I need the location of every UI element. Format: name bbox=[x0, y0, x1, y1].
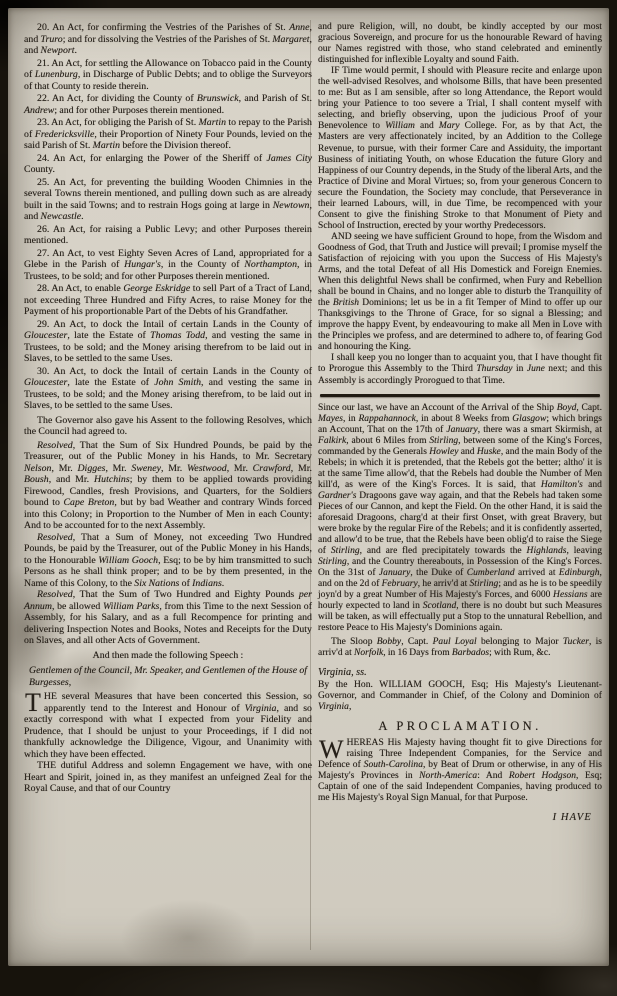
act-text-block: 20. An Act, for confirming the Vestries … bbox=[24, 22, 312, 57]
dropcap-text-block: WHEREAS His Majesty having thought fit t… bbox=[318, 738, 602, 804]
scanned-newspaper-photograph: 20. An Act, for confirming the Vestries … bbox=[0, 0, 617, 996]
flush-text-block: and pure Religion, will, no doubt, be ki… bbox=[318, 22, 602, 66]
para-text-block: THE dutiful Address and solemn Engagemen… bbox=[24, 760, 312, 795]
para-text-block: Resolved, That the Sum of Six Hundred Po… bbox=[24, 440, 312, 532]
catchword-text-block: I HAVE bbox=[318, 812, 602, 823]
right-text-column: and pure Religion, will, no doubt, be ki… bbox=[318, 22, 602, 823]
para-text-block: The Sloop Bobby, Capt. Paul Loyal belong… bbox=[318, 637, 602, 659]
label-text-block: Virginia, ss. bbox=[318, 667, 602, 678]
act-text-block: 27. An Act, to vest Eighty Seven Acres o… bbox=[24, 248, 312, 283]
para-text-block: The Governor also gave his Assent to the… bbox=[24, 415, 312, 438]
act-text-block: 26. An Act, for raising a Public Levy; a… bbox=[24, 224, 312, 247]
act-text-block: 22. An Act, for dividing the County of B… bbox=[24, 93, 312, 116]
act-text-block: 28. An Act, to enable George Eskridge to… bbox=[24, 283, 312, 318]
act-text-block: 30. An Act, to dock the Intail of certai… bbox=[24, 366, 312, 412]
salutation-text-block: Gentlemen of the Council, Mr. Speaker, a… bbox=[24, 665, 312, 688]
para-text-block: IF Time would permit, I should with Plea… bbox=[318, 66, 602, 232]
act-text-block: 29. An Act, to dock the Intail of certai… bbox=[24, 319, 312, 365]
drop-cap-letter: W bbox=[318, 738, 347, 760]
para-text-block: I shall keep you no longer than to acqua… bbox=[318, 353, 602, 386]
heading-text-block: A PROCLAMATION. bbox=[318, 721, 602, 732]
left-text-column: 20. An Act, for confirming the Vestries … bbox=[24, 22, 312, 795]
newspaper-page: 20. An Act, for confirming the Vestries … bbox=[8, 8, 609, 966]
para-text-block: AND seeing we have sufficient Ground to … bbox=[318, 232, 602, 354]
flush-text-block: Since our last, we have an Account of th… bbox=[318, 403, 602, 635]
center-text-block: And then made the following Speech : bbox=[24, 650, 312, 662]
act-text-block: 21. An Act, for settling the Allowance o… bbox=[24, 58, 312, 93]
act-text-block: 24. An Act, for enlarging the Power of t… bbox=[24, 153, 312, 176]
act-text-block: 23. An Act, for obliging the Parish of S… bbox=[24, 117, 312, 152]
drop-cap-letter: T bbox=[24, 691, 44, 713]
dropcap-text-block: THE several Measures that have been conc… bbox=[24, 691, 312, 760]
act-text-block: 25. An Act, for preventing the building … bbox=[24, 177, 312, 223]
section-divider-rule bbox=[320, 394, 600, 397]
para-text-block: Resolved, That the Sum of Two Hundred an… bbox=[24, 589, 312, 647]
flush-text-block: By the Hon. WILLIAM GOOCH, Esq; His Maje… bbox=[318, 680, 602, 713]
para-text-block: Resolved, That a Sum of Money, not excee… bbox=[24, 532, 312, 590]
